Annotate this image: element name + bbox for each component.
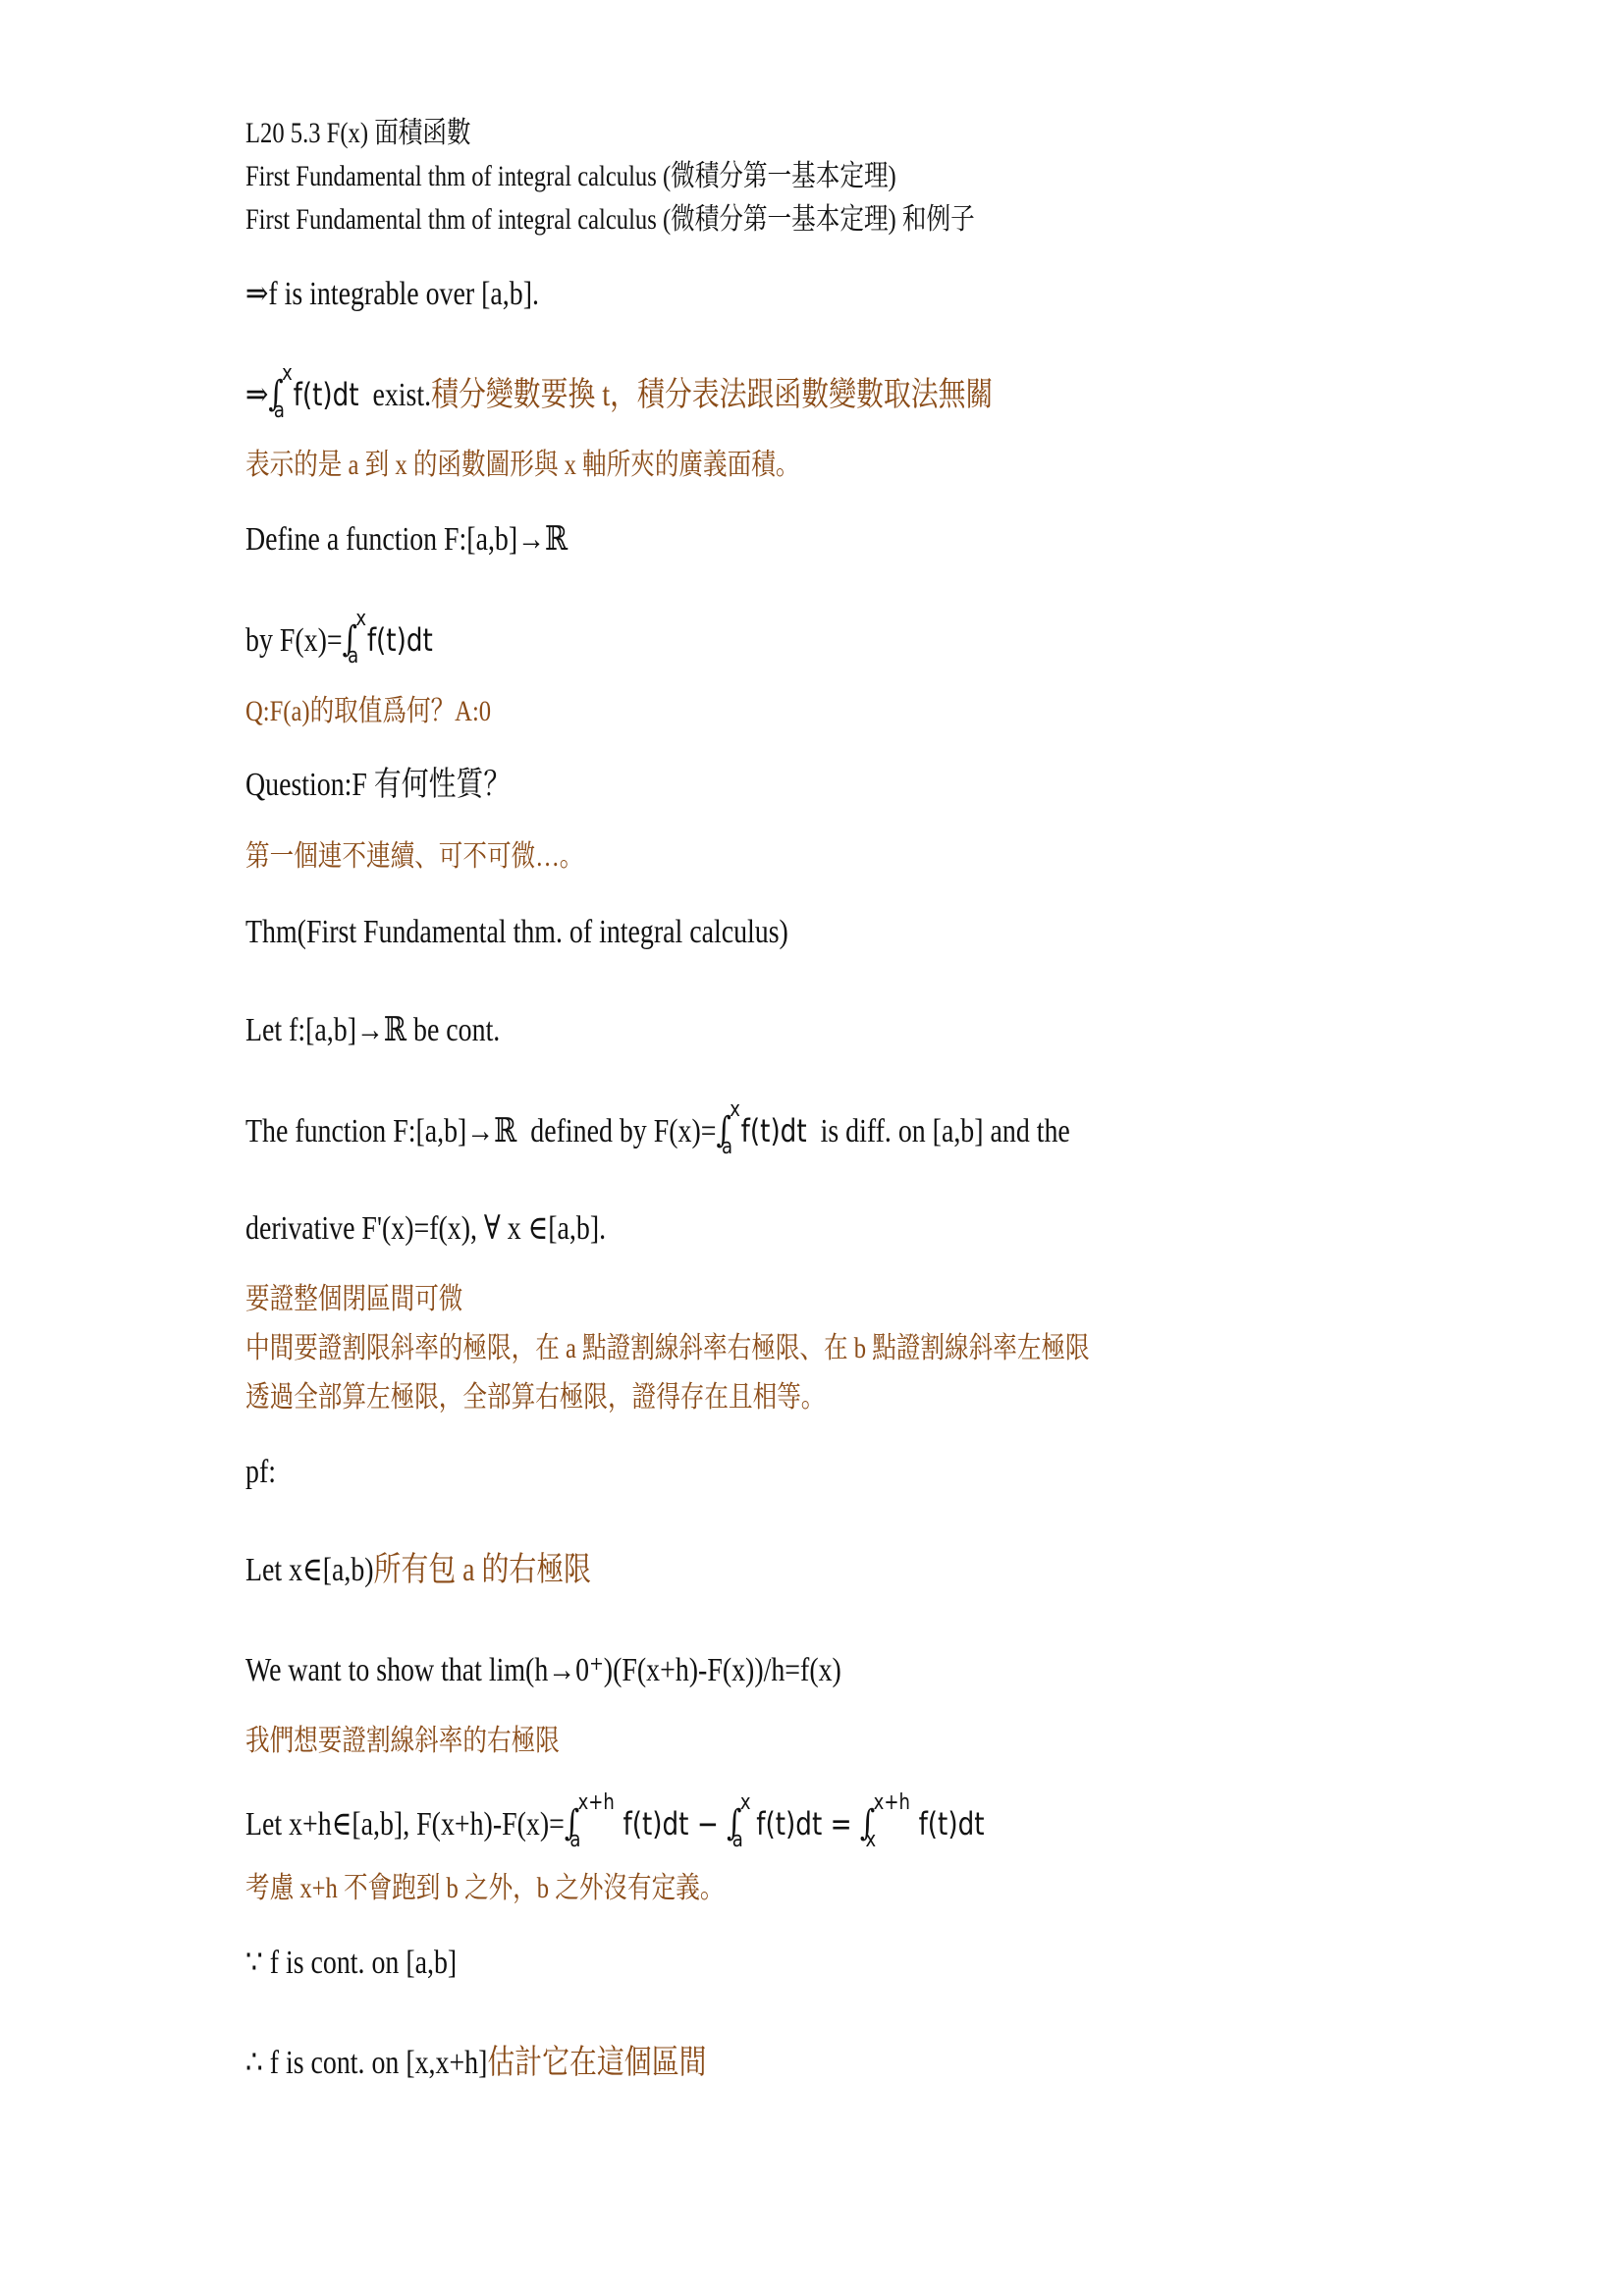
therefore-line: ∴ f is cont. on [x,x+h]估計它在這個區間 <box>245 2044 706 2083</box>
header-line-2: First Fundamental thm of integral calcul… <box>245 159 896 194</box>
exist-note: 積分變數要換 t，積分表法跟函數變數取法無關 <box>431 377 993 413</box>
header-line-3: First Fundamental thm of integral calcul… <box>245 202 975 238</box>
therefore-note: 估計它在這個區間 <box>487 2045 706 2081</box>
question-line: Question:F 有何性質？ <box>245 766 511 805</box>
upper-limit: x <box>282 363 293 385</box>
lower-limit: a <box>569 1830 580 1851</box>
implies-arrow: ⇒ <box>245 377 268 413</box>
let-x-note: 所有包 a 的右極限 <box>374 1552 591 1588</box>
lower-limit: x <box>865 1830 876 1851</box>
lower-limit: a <box>274 400 285 422</box>
proof-note-2: 中間要證割限斜率的極限，在 a 點證割線斜率右極限、在 b 點證割線斜率左極限 <box>245 1331 1090 1366</box>
q-note: Q:F(a)的取值爲何？A:0 <box>245 694 491 729</box>
derivative-line: derivative F'(x)=f(x), ∀ x ∈[a,b]. <box>245 1209 606 1249</box>
consider-note: 考慮 x+h 不會跑到 b 之外，b 之外沒有定義。 <box>245 1871 724 1906</box>
lower-limit: a <box>348 646 358 667</box>
want-line: We want to show that lim(h→0⁺)(F(x+h)-F(… <box>245 1651 841 1690</box>
by-prefix: by F(x)= <box>245 622 343 659</box>
let-f-line: Let f:[a,b]→ℝ be cont. <box>245 1011 500 1050</box>
upper-limit: x+h <box>874 1792 910 1814</box>
let-xh-prefix: Let x+h∈[a,b], F(x+h)-F(x)= <box>245 1806 565 1842</box>
lower-limit: a <box>722 1137 732 1158</box>
integrand-2: f(t)dt = <box>756 1805 860 1842</box>
property-note: 第一個連不連續、可不可微…。 <box>245 839 583 875</box>
exist-line: ⇒∫xaf(t)dt exist.積分變數要換 t，積分表法跟函數變數取法無關 <box>245 375 993 415</box>
exist-text: exist. <box>359 377 432 413</box>
by-line: by F(x)=∫xaf(t)dt <box>245 620 433 661</box>
proof-note-1: 要證整個閉區間可微 <box>245 1282 462 1317</box>
upper-limit: x+h <box>578 1792 615 1814</box>
function-statement: The function F:[a,b]→ℝ defined by F(x)=∫… <box>245 1111 1070 1151</box>
integrand: f(t)dt <box>741 1112 807 1149</box>
integrable-line: ⇒f is integrable over [a,b]. <box>245 275 539 314</box>
upper-limit: x <box>730 1099 740 1121</box>
proof-label: pf: <box>245 1453 276 1492</box>
let-x-text: Let x∈[a,b) <box>245 1552 374 1588</box>
integrand: f(t)dt <box>367 621 433 659</box>
lower-limit: a <box>732 1830 743 1851</box>
header-line-1: L20 5.3 F(x) 面積函數 <box>245 116 471 151</box>
because-line: ∵ f is cont. on [a,b] <box>245 1944 457 1983</box>
function-suffix: is diff. on [a,b] and the <box>807 1113 1070 1149</box>
area-note: 表示的是 a 到 x 的函數圖形與 x 軸所夾的廣義面積。 <box>245 448 799 483</box>
therefore-text: ∴ f is cont. on [x,x+h] <box>245 2045 487 2081</box>
upper-limit: x <box>355 609 366 630</box>
integrand: f(t)dt <box>294 376 359 413</box>
function-prefix: The function F:[a,b]→ℝ defined by F(x)= <box>245 1113 716 1149</box>
document-page: L20 5.3 F(x) 面積函數 First Fundamental thm … <box>0 0 1624 2296</box>
proof-note-3: 透過全部算左極限，全部算右極限，證得存在且相等。 <box>245 1380 825 1415</box>
theorem-title: Thm(First Fundamental thm. of integral c… <box>245 913 788 952</box>
want-note: 我們想要證割線斜率的右極限 <box>245 1724 560 1759</box>
let-x-line: Let x∈[a,b)所有包 a 的右極限 <box>245 1551 591 1590</box>
integrand-3: f(t)dt <box>919 1805 985 1842</box>
define-line: Define a function F:[a,b]→ℝ <box>245 520 568 560</box>
let-xh-line: Let x+h∈[a,b], F(x+h)-F(x)=∫x+haf(t)dt −… <box>245 1804 985 1844</box>
upper-limit: x <box>740 1792 751 1814</box>
integrand-1: f(t)dt − <box>623 1805 728 1842</box>
